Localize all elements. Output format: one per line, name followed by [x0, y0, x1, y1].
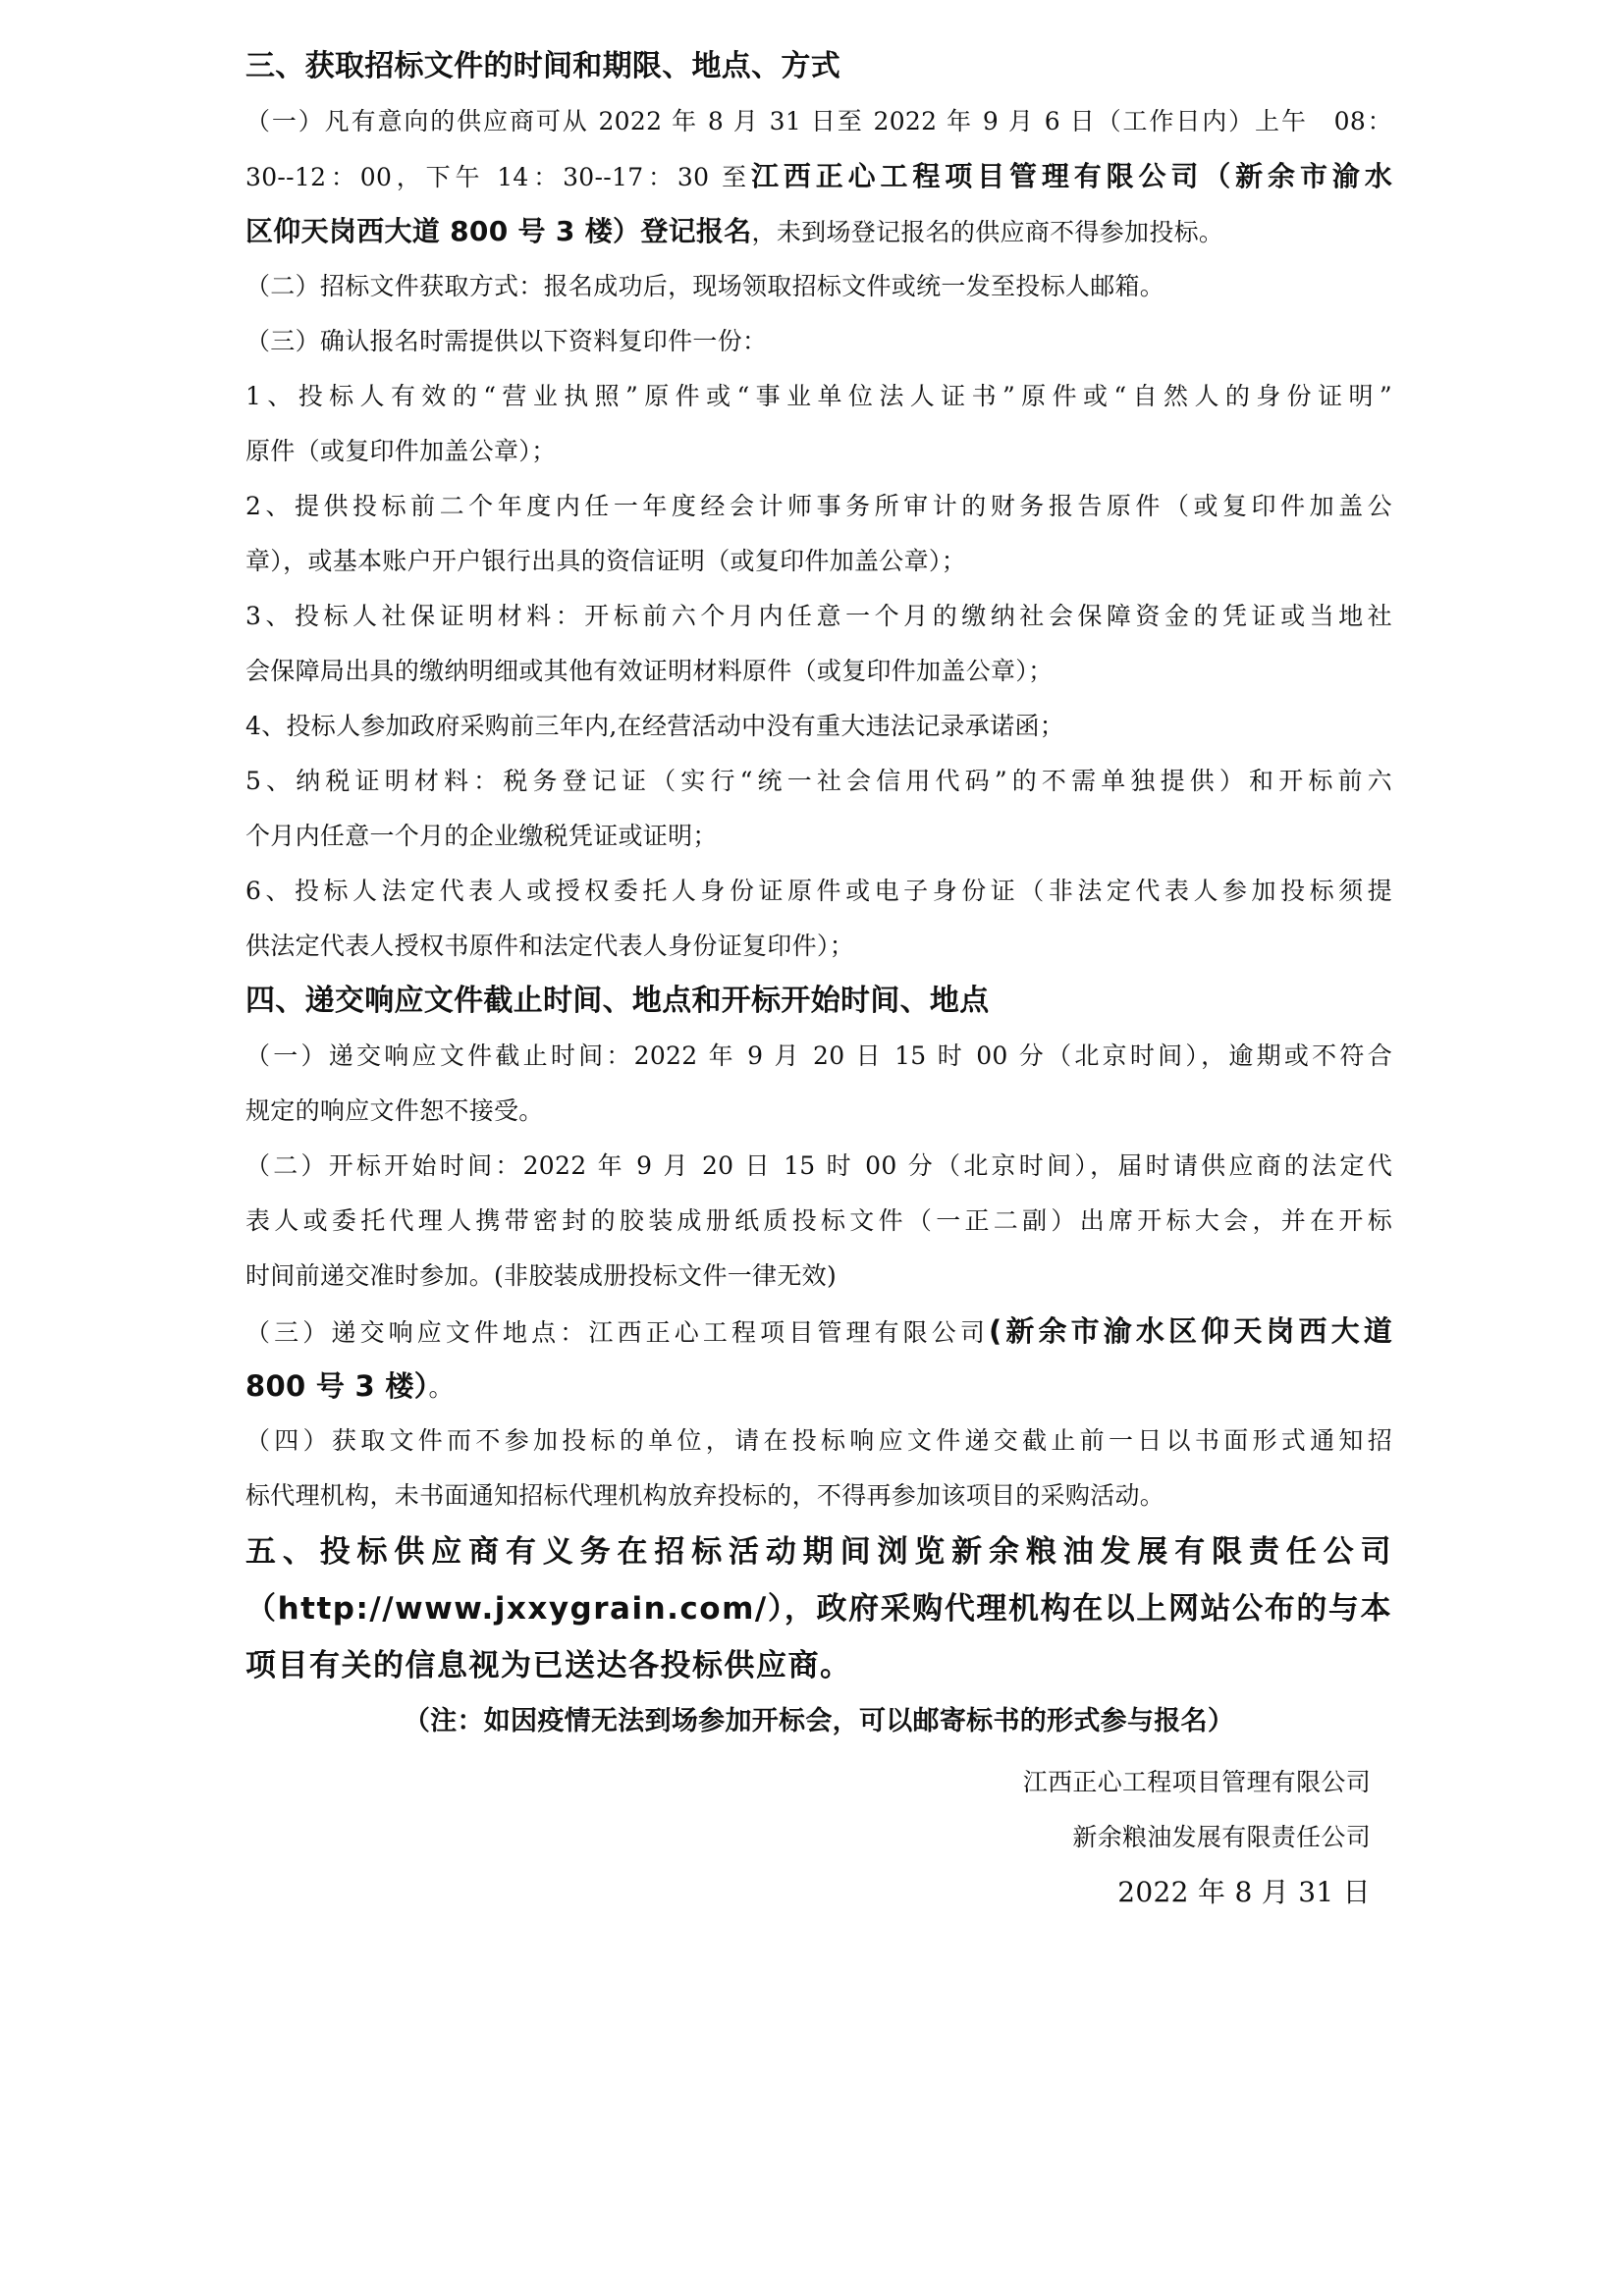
section-3-para-3: （三）确认报名时需提供以下资料复印件一份： — [245, 314, 1392, 369]
section-4-para-3-line-2: 800 号 3 楼）。 — [245, 1359, 1392, 1414]
section-3-para-1-line-1: （一）凡有意向的供应商可从 2022 年 8 月 31 日至 2022 年 9 … — [245, 94, 1392, 149]
signature-date: 2022 年 8 月 31 日 — [245, 1865, 1392, 1920]
requirement-item-1-line-1: 1、投标人有效的“营业执照”原件或“事业单位法人证书”原件或“自然人的身份证明” — [245, 369, 1392, 424]
section-4-para-1-line-1: （一）递交响应文件截止时间：2022 年 9 月 20 日 15 时 00 分（… — [245, 1029, 1392, 1084]
requirement-item-2-line-2: 章），或基本账户开户银行出具的资信证明（或复印件加盖公章）； — [245, 534, 1392, 589]
section-4-para-2-line-2: 表人或委托代理人携带密封的胶装成册纸质投标文件（一正二副）出席开标大会，并在开标 — [245, 1194, 1392, 1249]
section-5-line-3: 项目有关的信息视为已送达各投标供应商。 — [245, 1637, 1392, 1694]
signature-org-2: 新余粮油发展有限责任公司 — [245, 1810, 1392, 1865]
requirement-item-3-line-1: 3、投标人社保证明材料：开标前六个月内任意一个月的缴纳社会保障资金的凭证或当地社 — [245, 589, 1392, 644]
epidemic-note: （注：如因疫情无法到场参加开标会，可以邮寄标书的形式参与报名） — [245, 1694, 1392, 1749]
submission-location-text: （三）递交响应文件地点：江西正心工程项目管理有限公司 — [245, 1318, 989, 1347]
requirement-item-6-line-1: 6、投标人法定代表人或授权委托人身份证原件或电子身份证（非法定代表人参加投标须提 — [245, 864, 1392, 919]
section-3-para-1-line-2: 30--12：00，下午 14：30--17：30 至江西正心工程项目管理有限公… — [245, 149, 1392, 204]
document-page: 三、获取招标文件的时间和期限、地点、方式 （一）凡有意向的供应商可从 2022 … — [245, 39, 1392, 1920]
submission-address-bold-cont: 800 号 3 楼） — [245, 1369, 429, 1403]
period: 。 — [429, 1373, 454, 1402]
section-3-heading: 三、获取招标文件的时间和期限、地点、方式 — [245, 39, 1392, 94]
section-3-para-2: （二）招标文件获取方式：报名成功后，现场领取招标文件或统一发至投标人邮箱。 — [245, 259, 1392, 314]
requirement-item-5-line-2: 个月内任意一个月的企业缴税凭证或证明； — [245, 809, 1392, 864]
section-4-para-2-line-3: 时间前递交准时参加。(非胶装成册投标文件一律无效) — [245, 1249, 1392, 1304]
section-4-para-4-line-2: 标代理机构，未书面通知招标代理机构放弃投标的，不得再参加该项目的采购活动。 — [245, 1468, 1392, 1523]
section-4-para-1-line-2: 规定的响应文件恕不接受。 — [245, 1084, 1392, 1139]
website-link-text: （http://www.jxxygrain.com/），政府采购代理机构在以上网… — [245, 1591, 1392, 1637]
registration-note: ，未到场登记报名的供应商不得参加投标。 — [752, 218, 1224, 246]
section-5-line-1: 五、投标供应商有义务在招标活动期间浏览新余粮油发展有限责任公司 — [245, 1523, 1392, 1580]
section-4-para-3-line-1: （三）递交响应文件地点：江西正心工程项目管理有限公司(新余市渝水区仰天岗西大道 — [245, 1304, 1392, 1359]
time-range-text: 30--12：00，下午 14：30--17：30 至 — [245, 163, 751, 191]
section-4-heading: 四、递交响应文件截止时间、地点和开标开始时间、地点 — [245, 974, 1392, 1029]
requirement-item-5-line-1: 5、纳税证明材料：税务登记证（实行“统一社会信用代码”的不需单独提供）和开标前六 — [245, 754, 1392, 809]
submission-address-bold: (新余市渝水区仰天岗西大道 — [989, 1314, 1392, 1348]
section-5-line-2: （http://www.jxxygrain.com/），政府采购代理机构在以上网… — [245, 1580, 1392, 1637]
requirement-item-1-line-2: 原件（或复印件加盖公章）； — [245, 424, 1392, 479]
requirement-item-4: 4、投标人参加政府采购前三年内,在经营活动中没有重大违法记录承诺函； — [245, 699, 1392, 754]
agency-name-bold: 江西正心工程项目管理有限公司（新余市渝水 — [751, 160, 1392, 192]
signature-org-1: 江西正心工程项目管理有限公司 — [245, 1755, 1392, 1810]
requirement-item-2-line-1: 2、提供投标前二个年度内任一年度经会计师事务所审计的财务报告原件（或复印件加盖公 — [245, 479, 1392, 534]
requirement-item-6-line-2: 供法定代表人授权书原件和法定代表人身份证复印件）； — [245, 919, 1392, 974]
section-4-para-2-line-1: （二）开标开始时间：2022 年 9 月 20 日 15 时 00 分（北京时间… — [245, 1139, 1392, 1194]
section-4-para-4-line-1: （四）获取文件而不参加投标的单位，请在投标响应文件递交截止前一日以书面形式通知招 — [245, 1414, 1392, 1468]
section-3-para-1-line-3: 区仰天岗西大道 800 号 3 楼）登记报名，未到场登记报名的供应商不得参加投标… — [245, 204, 1392, 259]
requirement-item-3-line-2: 会保障局出具的缴纳明细或其他有效证明材料原件（或复印件加盖公章）； — [245, 644, 1392, 699]
agency-address-bold: 区仰天岗西大道 800 号 3 楼）登记报名 — [245, 215, 752, 247]
